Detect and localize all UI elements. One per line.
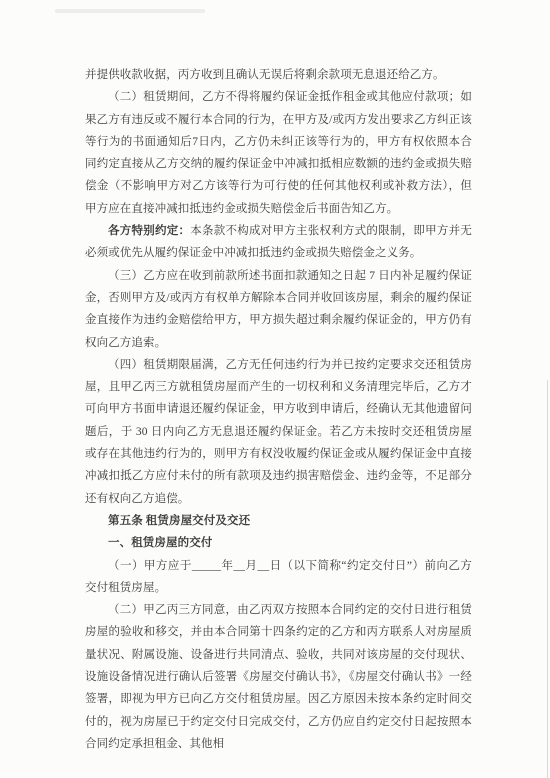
scan-edge-artifact [547,380,548,778]
paragraph-clause-4: （四）租赁期限届满，乙方无任何违约行为并已按约定要求交还租赁房屋，且甲乙丙三方就… [85,354,472,510]
contract-text-block: 并提供收款收据，丙方收到且确认无误后将剩余款项无息退还给乙方。 （二）租赁期间，… [85,64,472,755]
section-1-heading: 一、租赁房屋的交付 [85,532,472,554]
article-5-heading: 第五条 租赁房屋交付及交还 [85,510,472,532]
paragraph-item-1: （一）甲方应于_____年__月__日（以下简称“约定交付日”）前向乙方交付租赁… [85,555,472,600]
scan-smudge-artifact [55,9,205,13]
paragraph-special-note: 各方特别约定：本条款不构成对甲方主张权利方式的限制，即甲方并无必须或优先从履约保… [85,220,472,265]
paragraph-clause-3: （三）乙方应在收到前款所述书面扣款通知之日起 7 日内补足履约保证金，否则甲方及… [85,265,472,354]
paragraph-item-2: （二）甲乙丙三方同意，由乙丙双方按照本合同约定的交付日进行租赁房屋的验收和移交，… [85,599,472,755]
contract-scan-page: 并提供收款收据，丙方收到且确认无误后将剩余款项无息退还给乙方。 （二）租赁期间，… [0,0,550,778]
special-note-lead: 各方特别约定： [108,225,190,237]
paragraph-continuation: 并提供收款收据，丙方收到且确认无误后将剩余款项无息退还给乙方。 [85,64,472,86]
paragraph-clause-2: （二）租赁期间，乙方不得将履约保证金抵作租金或其他应付款项；如果乙方有违反或不履… [85,86,472,220]
